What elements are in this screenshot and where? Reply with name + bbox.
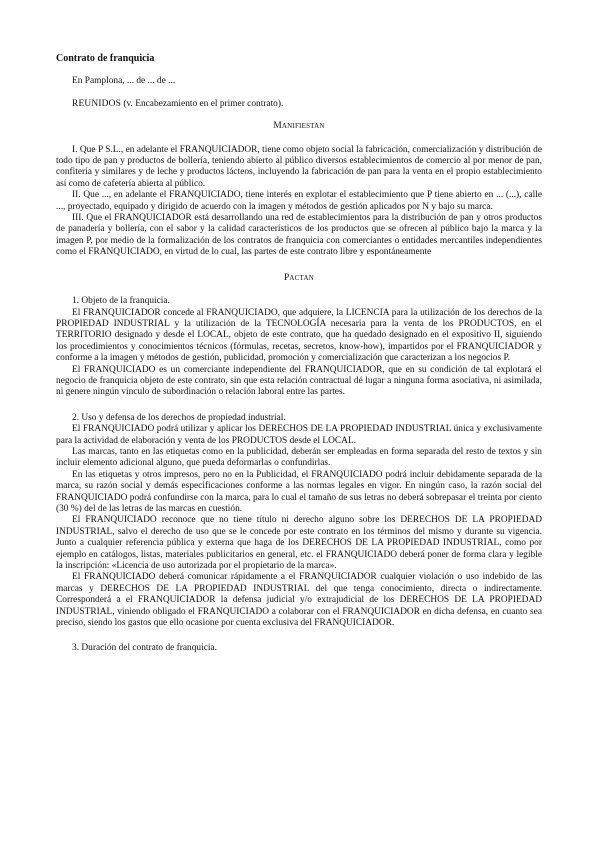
place-date-line: En Pamplona, ... de ... de ... [56, 76, 542, 87]
section-1-paragraph-2: El FRANQUICIADO es un comerciante indepe… [56, 365, 542, 399]
manifiesto-paragraph-2: II. Que ..., en adelante el FRANQUICIADO… [56, 190, 542, 213]
manifiestan-heading: Manifiestan [56, 121, 542, 132]
section-2-paragraph-2: Las marcas, tanto en las etiquetas como … [56, 447, 542, 470]
section-heading-2: 2. Uso y defensa de los derechos de prop… [56, 413, 542, 424]
document-body: Contrato de franquicia En Pamplona, ... … [56, 53, 542, 655]
reunidos-line: REUNIDOS (v. Encabezamiento en el primer… [56, 99, 542, 110]
section-heading-1: 1. Objeto de la franquicia. [56, 296, 542, 307]
reunidos-label: REUNIDOS [72, 99, 121, 109]
manifiesto-paragraph-1: I. Que P S.L., en adelante el FRANQUICIA… [56, 145, 542, 191]
manifiesto-paragraph-3: III. Que el FRANQUICIADOR está desarroll… [56, 213, 542, 259]
section-1-paragraph-1: El FRANQUICIADOR concede al FRANQUICIADO… [56, 308, 542, 365]
document-title: Contrato de franquicia [56, 53, 542, 64]
document-page: Contrato de franquicia En Pamplona, ... … [0, 0, 599, 848]
section-2-paragraph-5: El FRANQUICIADO deberá comunicar rápidam… [56, 572, 542, 629]
section-2-paragraph-1: El FRANQUICIADO podrá utilizar y aplicar… [56, 424, 542, 447]
section-2-paragraph-3: En las etiquetas y otros impresos, pero … [56, 470, 542, 516]
pactan-heading: Pactan [56, 273, 542, 284]
section-2-paragraph-4: El FRANQUICIADO reconoce que no tiene tí… [56, 515, 542, 572]
section-heading-3: 3. Duración del contrato de franquicia. [56, 643, 542, 654]
reunidos-text: (v. Encabezamiento en el primer contrato… [121, 99, 283, 109]
